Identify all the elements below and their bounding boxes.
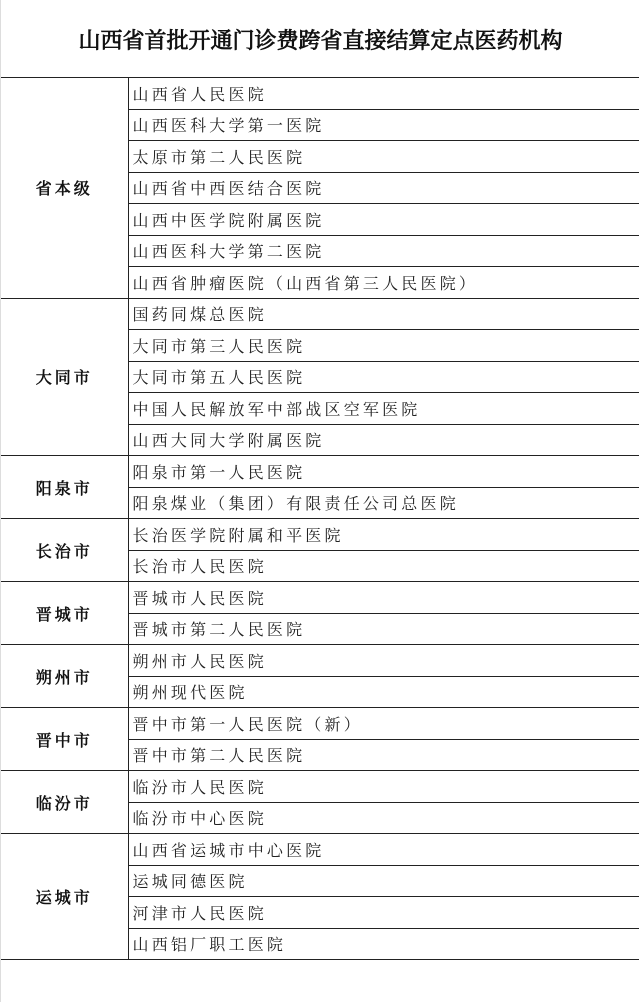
- table-row: 运城市山西省运城市中心医院: [1, 834, 639, 866]
- region-cell: 大同市: [1, 298, 128, 456]
- institution-cell: 大同市第五人民医院: [128, 361, 639, 393]
- region-cell: 朔州市: [1, 645, 128, 708]
- page-title: 山西省首批开通门诊费跨省直接结算定点医药机构: [1, 0, 639, 78]
- institution-cell: 晋中市第一人民医院（新）: [128, 708, 639, 740]
- table-row: 阳泉市阳泉市第一人民医院: [1, 456, 639, 488]
- institution-cell: 长治市人民医院: [128, 550, 639, 582]
- institution-cell: 大同市第三人民医院: [128, 330, 639, 362]
- institution-cell: 山西医科大学第一医院: [128, 109, 639, 141]
- region-cell: 临汾市: [1, 771, 128, 834]
- institution-cell: 山西大同大学附属医院: [128, 424, 639, 456]
- institution-cell: 国药同煤总医院: [128, 298, 639, 330]
- table-row: 大同市国药同煤总医院: [1, 298, 639, 330]
- institution-cell: 晋城市第二人民医院: [128, 613, 639, 645]
- region-cell: 长治市: [1, 519, 128, 582]
- institution-cell: 中国人民解放军中部战区空军医院: [128, 393, 639, 425]
- institution-cell: 河津市人民医院: [128, 897, 639, 929]
- institution-cell: 山西省运城市中心医院: [128, 834, 639, 866]
- table-row: 晋城市晋城市人民医院: [1, 582, 639, 614]
- institution-cell: 临汾市中心医院: [128, 802, 639, 834]
- institution-cell: 山西省中西医结合医院: [128, 172, 639, 204]
- region-cell: 运城市: [1, 834, 128, 960]
- region-cell: 晋中市: [1, 708, 128, 771]
- table-row: 长治市长治医学院附属和平医院: [1, 519, 639, 551]
- institution-cell: 太原市第二人民医院: [128, 141, 639, 173]
- institution-cell: 临汾市人民医院: [128, 771, 639, 803]
- table-row: 临汾市临汾市人民医院: [1, 771, 639, 803]
- institution-cell: 山西铝厂职工医院: [128, 928, 639, 960]
- region-cell: 阳泉市: [1, 456, 128, 519]
- institution-cell: 长治医学院附属和平医院: [128, 519, 639, 551]
- institution-cell: 山西中医学院附属医院: [128, 204, 639, 236]
- institution-cell: 朔州现代医院: [128, 676, 639, 708]
- document-page: 山西省首批开通门诊费跨省直接结算定点医药机构 省本级山西省人民医院山西医科大学第…: [0, 0, 639, 1002]
- institution-cell: 阳泉市第一人民医院: [128, 456, 639, 488]
- table-row: 省本级山西省人民医院: [1, 78, 639, 110]
- institution-cell: 晋中市第二人民医院: [128, 739, 639, 771]
- institution-cell: 山西省人民医院: [128, 78, 639, 110]
- region-cell: 省本级: [1, 78, 128, 299]
- table-row: 朔州市朔州市人民医院: [1, 645, 639, 677]
- institution-cell: 山西医科大学第二医院: [128, 235, 639, 267]
- region-cell: 晋城市: [1, 582, 128, 645]
- institution-table: 省本级山西省人民医院山西医科大学第一医院太原市第二人民医院山西省中西医结合医院山…: [1, 77, 639, 960]
- institution-cell: 运城同德医院: [128, 865, 639, 897]
- table-row: 晋中市晋中市第一人民医院（新）: [1, 708, 639, 740]
- institution-cell: 朔州市人民医院: [128, 645, 639, 677]
- institution-cell: 山西省肿瘤医院（山西省第三人民医院）: [128, 267, 639, 299]
- institution-cell: 晋城市人民医院: [128, 582, 639, 614]
- institution-cell: 阳泉煤业（集团）有限责任公司总医院: [128, 487, 639, 519]
